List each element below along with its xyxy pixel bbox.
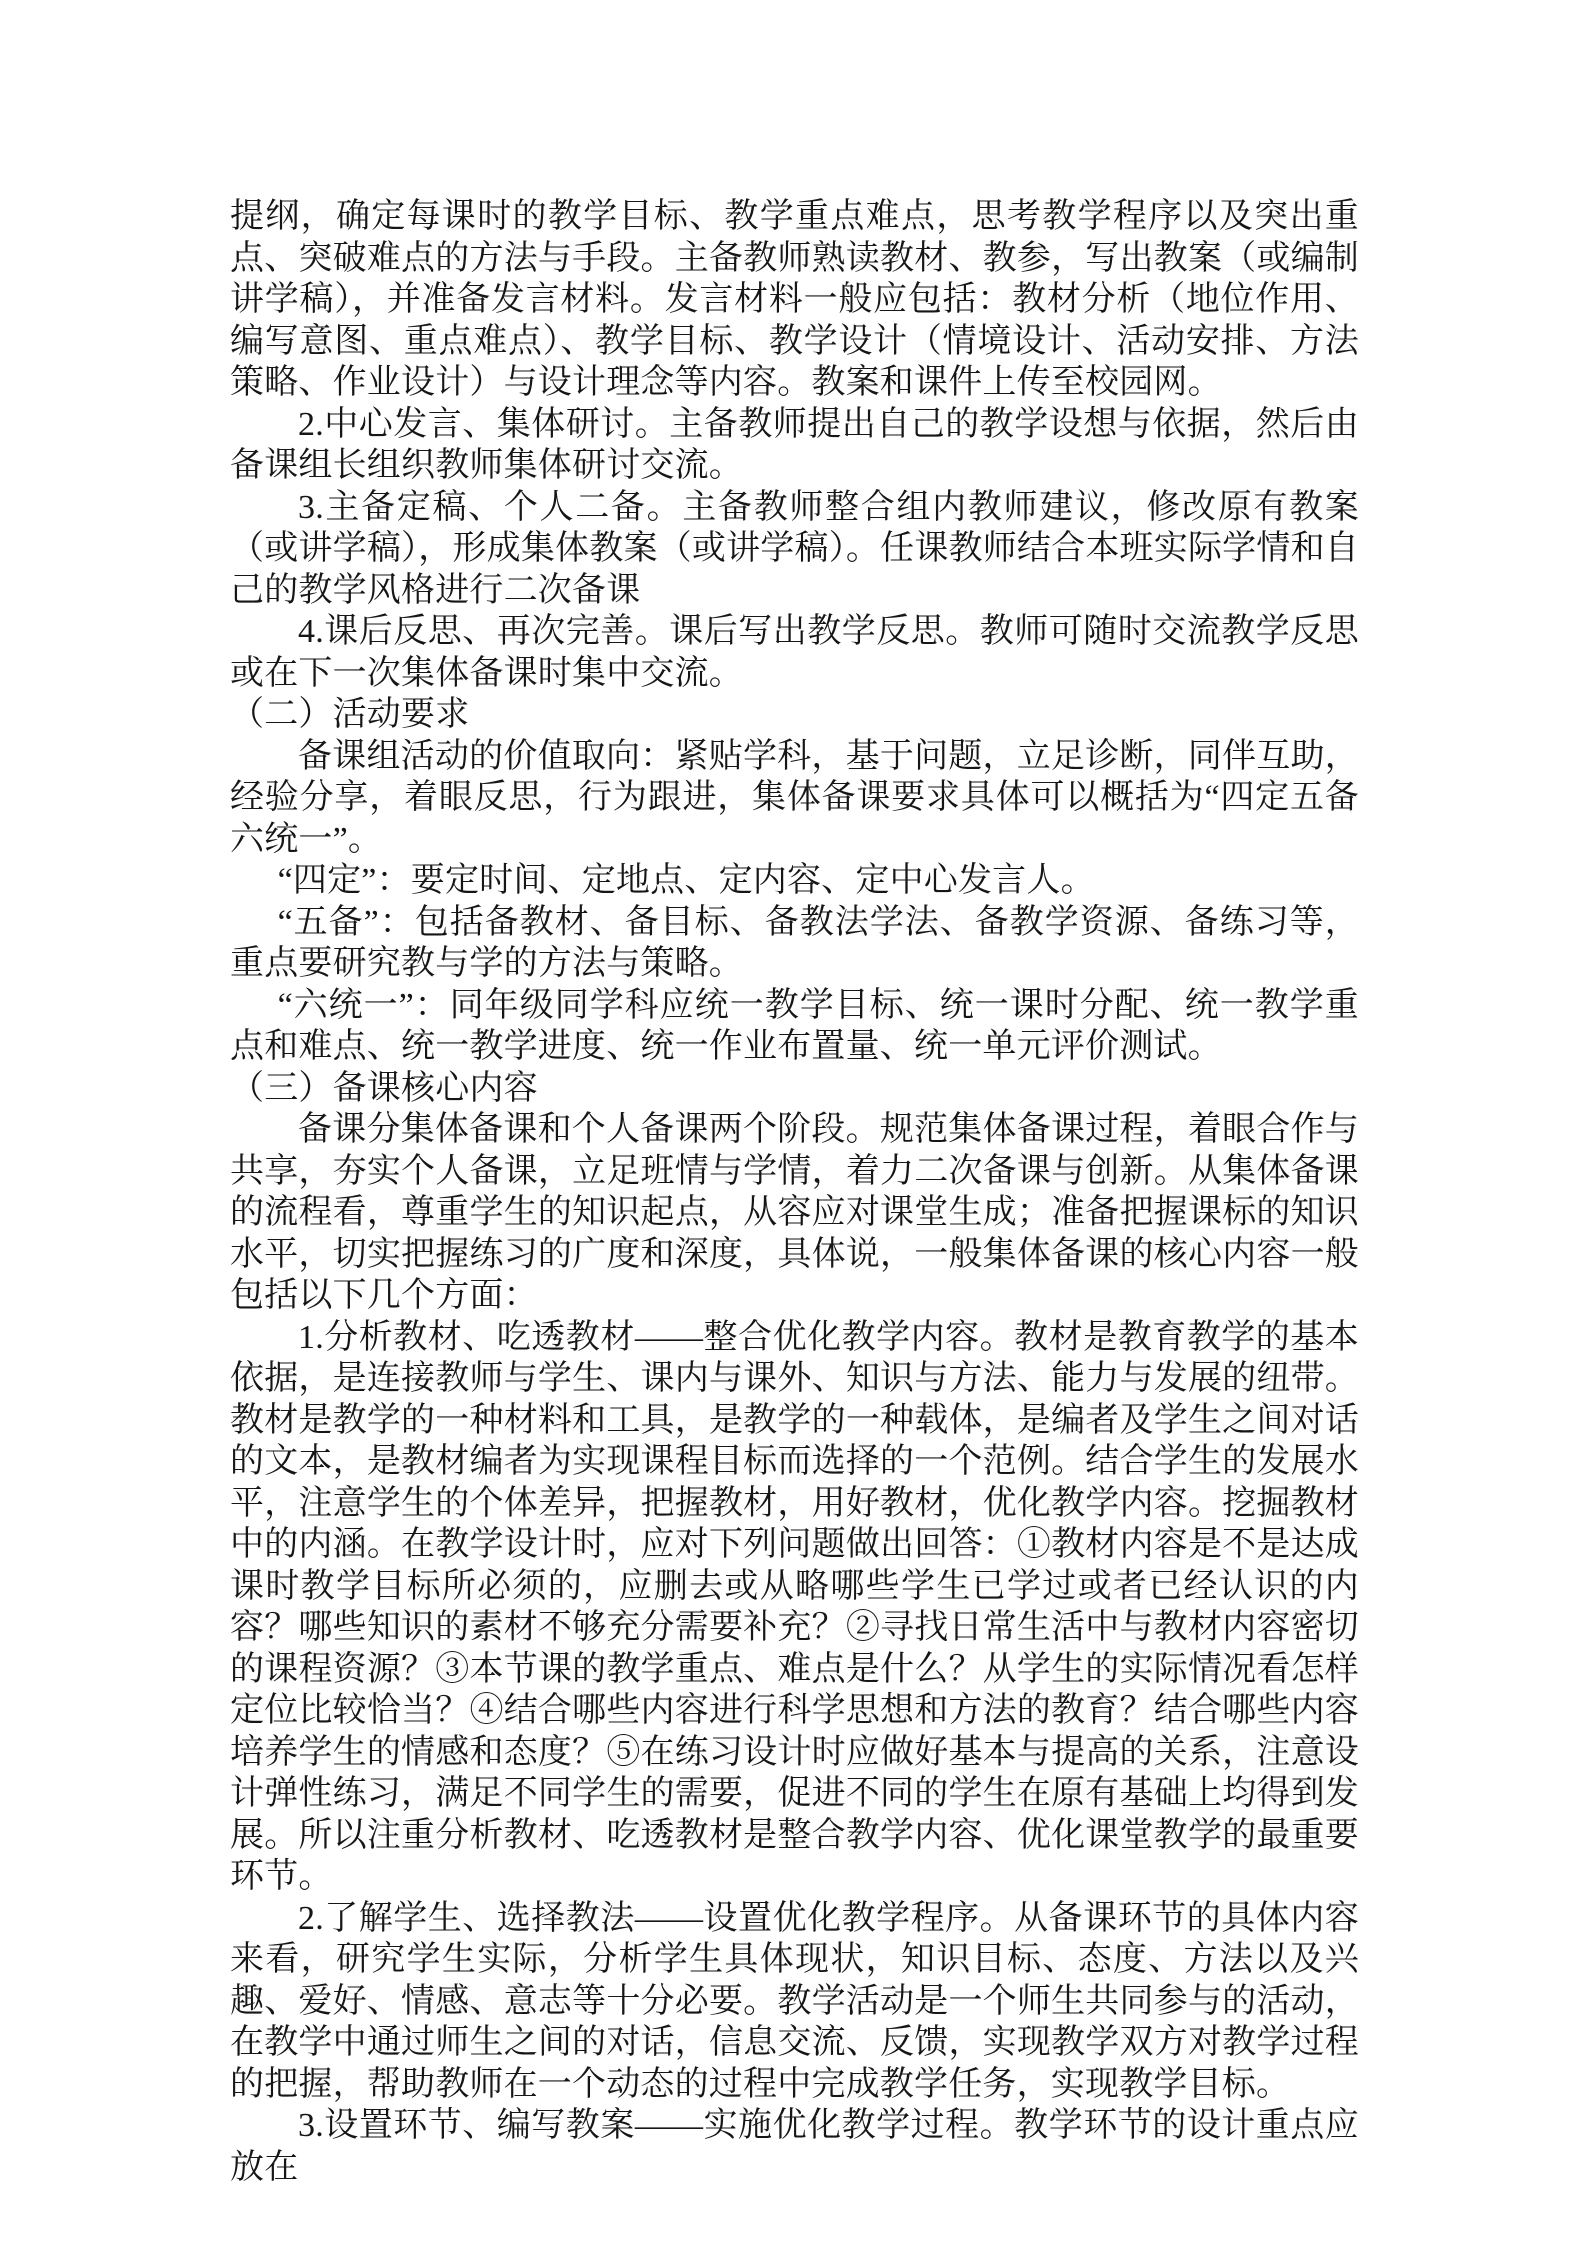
paragraph-four-fixes: “四定”：要定时间、定地点、定内容、定中心发言人。 bbox=[230, 860, 1359, 902]
section-heading-2: （二）活动要求 bbox=[230, 694, 1359, 736]
paragraph-value-orientation: 备课组活动的价值取向：紧贴学科，基于问题，立足诊断，同伴互助，经验分享，着眼反思… bbox=[230, 736, 1359, 861]
paragraph-core-item-3: 3.设置环节、编写教案——实施优化教学过程。教学环节的设计重点应放在 bbox=[230, 2105, 1359, 2188]
paragraph-step-2: 2.中心发言、集体研讨。主备教师提出自己的教学设想与依据，然后由备课组长组织教师… bbox=[230, 404, 1359, 487]
paragraph-core-overview: 备课分集体备课和个人备课两个阶段。规范集体备课过程，着眼合作与共享，夯实个人备课… bbox=[230, 1109, 1359, 1317]
paragraph-core-item-2: 2.了解学生、选择教法——设置优化教学程序。从备课环节的具体内容来看，研究学生实… bbox=[230, 1898, 1359, 2106]
section-heading-3: （三）备课核心内容 bbox=[230, 1068, 1359, 1110]
paragraph-continuation: 提纲，确定每课时的教学目标、教学重点难点，思考教学程序以及突出重点、突破难点的方… bbox=[230, 196, 1359, 404]
paragraph-core-item-1: 1.分析教材、吃透教材——整合优化教学内容。教材是教育教学的基本依据，是连接教师… bbox=[230, 1317, 1359, 1898]
document-body: 提纲，确定每课时的教学目标、教学重点难点，思考教学程序以及突出重点、突破难点的方… bbox=[230, 196, 1359, 2188]
paragraph-five-preparations: “五备”：包括备教材、备目标、备教法学法、备教学资源、备练习等，重点要研究教与学… bbox=[230, 902, 1359, 985]
paragraph-step-3: 3.主备定稿、个人二备。主备教师整合组内教师建议，修改原有教案（或讲学稿），形成… bbox=[230, 487, 1359, 612]
document-page: 提纲，确定每课时的教学目标、教学重点难点，思考教学程序以及突出重点、突破难点的方… bbox=[0, 0, 1587, 2245]
paragraph-six-unifications: “六统一”：同年级同学科应统一教学目标、统一课时分配、统一教学重点和难点、统一教… bbox=[230, 985, 1359, 1068]
paragraph-step-4: 4.课后反思、再次完善。课后写出教学反思。教师可随时交流教学反思或在下一次集体备… bbox=[230, 611, 1359, 694]
